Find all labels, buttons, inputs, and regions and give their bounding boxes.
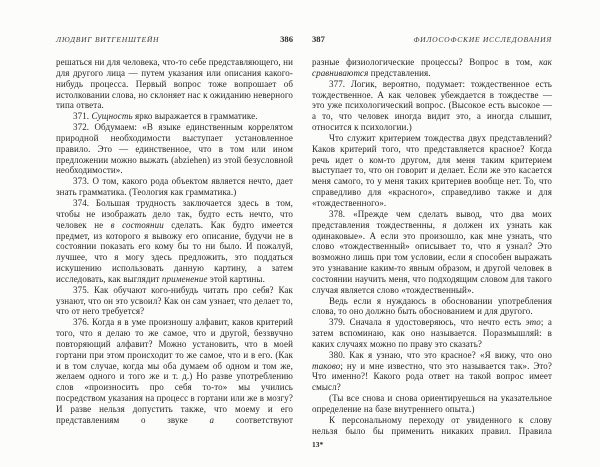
paragraph: 378. «Прежде чем сделать вывод, что два …: [312, 209, 552, 296]
text-run: 373. О том, какого рода объектом являетс…: [56, 176, 293, 197]
text-run: 377. Логик, вероятно, подумает: тождеств…: [312, 79, 552, 132]
text-run: 378. «Прежде чем сделать вывод, что два …: [312, 209, 552, 295]
text-run: 371.: [73, 111, 92, 121]
text-run: 375. Как обучают кого-нибудь читать про …: [56, 285, 293, 317]
text-run: (Ты все снова и снова ориентируешься на …: [312, 393, 552, 414]
text-run: представления.: [368, 68, 430, 78]
text-run: 380. Как я узнаю, что это красное? «Я ви…: [329, 350, 552, 360]
paragraph: 371. Сущность ярко выражается в граммати…: [56, 111, 293, 122]
text-run: Что служит критерием тождества двух пред…: [312, 133, 552, 208]
page-left-body: решаться ни для человека, что-то себе пр…: [56, 57, 293, 426]
text-run: ярко выражается в грамматике.: [133, 111, 258, 121]
book-scan: ЛЮДВИГ ВИТГЕНШТЕЙН 386 решаться ни для ч…: [0, 0, 600, 467]
text-run: 376. Когда я в уме произношу алфавит, ка…: [56, 317, 293, 425]
paragraph: 375. Как обучают кого-нибудь читать про …: [56, 285, 293, 318]
paragraph: 380. Как я узнаю, что это красное? «Я ви…: [312, 350, 552, 393]
text-run: ; ну и мне известно, что это называется …: [312, 361, 552, 393]
paragraph: Ведь если я нуждаюсь в обосновании употр…: [312, 296, 552, 318]
text-run: 372. Обдумаем: «В языке единственным кор…: [56, 122, 293, 175]
italic-text-run: в состоянии: [111, 220, 164, 230]
page-number-left: 386: [280, 34, 293, 44]
text-run: Ведь если я нуждаюсь в обосновании употр…: [312, 296, 552, 317]
paragraph: 379. Сначала я удостоверяюсь, что нечто …: [312, 317, 552, 350]
signature-mark: 13*: [312, 440, 552, 449]
page-right-header: 387 ФИЛОСОФСКИЕ ИССЛЕДОВАНИЯ: [312, 34, 552, 47]
text-run: соответствуют: [214, 415, 293, 425]
paragraph: 373. О том, какого рода объектом являетс…: [56, 176, 293, 198]
italic-text-run: применение: [162, 274, 208, 284]
text-run: К персональному переходу от увиденного к…: [312, 415, 552, 436]
text-run: этой картины.: [208, 274, 265, 284]
paragraph: 376. Когда я в уме произношу алфавит, ка…: [56, 317, 293, 425]
paragraph: разные физиологические процессы? Вопрос …: [312, 57, 552, 79]
paragraph: (Ты все снова и снова ориентируешься на …: [312, 393, 552, 415]
page-number-right: 387: [312, 34, 325, 44]
text-run: решаться ни для человека, что-то себе пр…: [56, 57, 293, 110]
page-right: 387 ФИЛОСОФСКИЕ ИССЛЕДОВАНИЯ разные физи…: [312, 34, 552, 449]
paragraph: К персональному переходу от увиденного к…: [312, 415, 552, 437]
page-left-header: ЛЮДВИГ ВИТГЕНШТЕЙН 386: [56, 34, 293, 47]
paragraph: 377. Логик, вероятно, подумает: тождеств…: [312, 79, 552, 133]
paragraph: Что служит критерием тождества двух пред…: [312, 133, 552, 209]
page-right-body: разные физиологические процессы? Вопрос …: [312, 57, 552, 437]
paragraph: решаться ни для человека, что-то себе пр…: [56, 57, 293, 111]
text-run: разные физиологические процессы? Вопрос …: [312, 57, 539, 67]
running-head-author: ЛЮДВИГ ВИТГЕНШТЕЙН: [56, 35, 159, 44]
italic-text-run: это: [526, 317, 541, 327]
paragraph: 374. Большая трудность заключается здесь…: [56, 198, 293, 285]
page-left: ЛЮДВИГ ВИТГЕНШТЕЙН 386 решаться ни для ч…: [56, 34, 293, 426]
paragraph: 372. Обдумаем: «В языке единственным кор…: [56, 122, 293, 176]
italic-text-run: Сущность: [92, 111, 133, 121]
running-head-title: ФИЛОСОФСКИЕ ИССЛЕДОВАНИЯ: [413, 35, 552, 44]
text-run: 379. Сначала я удостоверяюсь, что нечто …: [329, 317, 526, 327]
italic-text-run: таково: [312, 361, 340, 371]
